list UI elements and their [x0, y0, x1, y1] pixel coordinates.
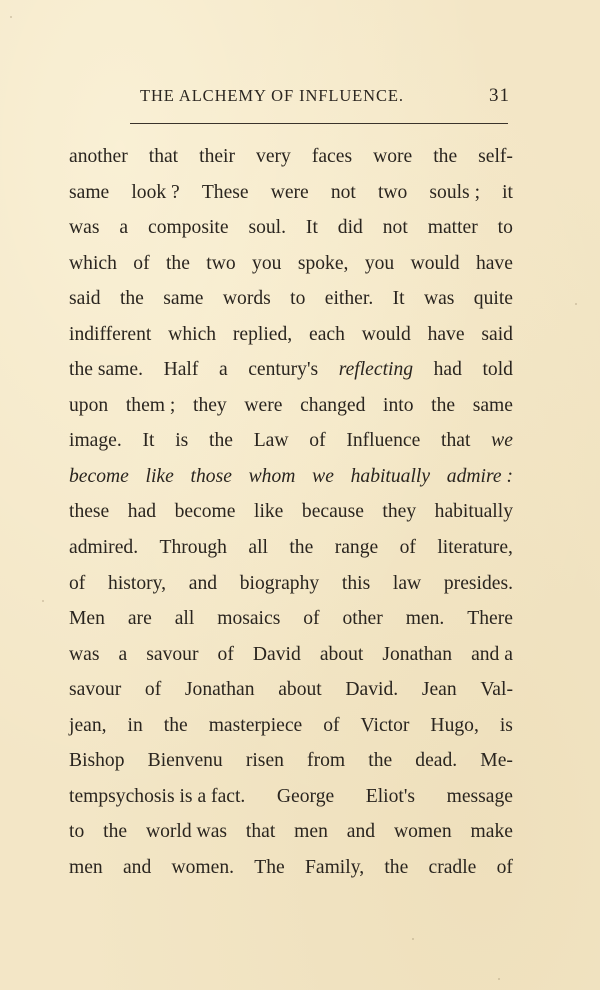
word: have	[428, 317, 465, 353]
word: this	[342, 566, 370, 602]
text-line: image.ItistheLawofInfluencethatwe	[69, 423, 513, 459]
text-line: jean,inthemasterpieceofVictorHugo,is	[69, 708, 513, 744]
word: Val-	[480, 672, 513, 708]
word: like	[254, 494, 283, 530]
word: are	[128, 601, 152, 637]
italic-word: like	[146, 459, 174, 495]
word: the same.	[69, 352, 143, 388]
word: the	[289, 530, 313, 566]
paper-speck	[575, 303, 577, 305]
book-page: THE ALCHEMY OF INFLUENCE. 31 anotherthat…	[0, 0, 600, 990]
word: become	[175, 494, 236, 530]
word: of	[145, 672, 161, 708]
word: Me-	[480, 743, 513, 779]
word: each	[309, 317, 345, 353]
word: biography	[240, 566, 319, 602]
word: that	[441, 423, 470, 459]
word: these	[69, 494, 109, 530]
word: same	[163, 281, 203, 317]
word: a	[119, 637, 128, 673]
word: soul.	[248, 210, 286, 246]
word: of	[69, 566, 85, 602]
word: savour	[146, 637, 198, 673]
word: Jean	[422, 672, 457, 708]
word: Through	[160, 530, 227, 566]
word: of	[303, 601, 319, 637]
word: were	[244, 388, 282, 424]
text-line: becomelikethosewhomwehabituallyadmire :	[69, 459, 513, 495]
word: It	[143, 423, 155, 459]
word: all	[175, 601, 195, 637]
paper-speck	[498, 978, 500, 980]
word: is	[500, 708, 513, 744]
word: self-	[478, 139, 513, 175]
italic-word: admire :	[447, 459, 513, 495]
word: in	[128, 708, 143, 744]
word: Hugo,	[430, 708, 478, 744]
word: had	[128, 494, 156, 530]
text-line: uponthem ;theywerechangedintothesame	[69, 388, 513, 424]
word: and	[123, 850, 151, 886]
word: It	[393, 281, 405, 317]
word: said	[69, 281, 101, 317]
paper-speck	[10, 16, 12, 18]
word: that	[149, 139, 178, 175]
word: Men	[69, 601, 105, 637]
italic-word: reflecting	[339, 352, 413, 388]
page-number: 31	[489, 85, 510, 107]
word: it	[502, 175, 513, 211]
word: women	[394, 814, 452, 850]
word: and a	[471, 637, 513, 673]
word: the	[103, 814, 127, 850]
word: world was	[146, 814, 227, 850]
text-line: anotherthattheirveryfacesworetheself-	[69, 139, 513, 175]
word: the	[120, 281, 144, 317]
italic-word: those	[191, 459, 232, 495]
word: message	[447, 779, 513, 815]
word: of	[400, 530, 416, 566]
running-head-title: THE ALCHEMY OF INFLUENCE.	[140, 86, 404, 106]
text-line: tempsychosis is a fact.GeorgeEliot'smess…	[69, 779, 513, 815]
body-text: anotherthattheirveryfacesworetheself-sam…	[69, 139, 513, 885]
word: of	[309, 423, 325, 459]
text-line: thesehadbecomelikebecausetheyhabitually	[69, 494, 513, 530]
word: have	[476, 246, 513, 282]
word: century's	[248, 352, 318, 388]
text-line: totheworld wasthatmenandwomenmake	[69, 814, 513, 850]
word: David.	[345, 672, 398, 708]
word: spoke,	[298, 246, 349, 282]
word: Victor	[361, 708, 410, 744]
text-line: savourofJonathanaboutDavid.JeanVal-	[69, 672, 513, 708]
word: which	[168, 317, 216, 353]
word: to	[498, 210, 513, 246]
text-line: saidthesamewordstoeither.Itwasquite	[69, 281, 513, 317]
word: habitually	[435, 494, 513, 530]
word: upon	[69, 388, 108, 424]
word: because	[302, 494, 364, 530]
text-line: indifferentwhichreplied,eachwouldhavesai…	[69, 317, 513, 353]
word: had	[434, 352, 462, 388]
word: presides.	[444, 566, 513, 602]
word: faces	[312, 139, 352, 175]
word: from	[307, 743, 345, 779]
word: indifferent	[69, 317, 151, 353]
word: was	[424, 281, 454, 317]
paper-speck	[412, 938, 414, 940]
text-line: samelook ?Thesewerenottwosouls ;it	[69, 175, 513, 211]
word: the	[164, 708, 188, 744]
word: look ?	[131, 175, 179, 211]
word: law	[393, 566, 421, 602]
word: These	[202, 175, 249, 211]
word: their	[199, 139, 235, 175]
word: two	[206, 246, 235, 282]
word: all	[248, 530, 268, 566]
word: them ;	[126, 388, 176, 424]
word: David	[253, 637, 301, 673]
word: the	[384, 850, 408, 886]
word: The	[254, 850, 284, 886]
word: would	[362, 317, 411, 353]
word: another	[69, 139, 128, 175]
word: dead.	[415, 743, 457, 779]
word: tempsychosis is a fact.	[69, 779, 245, 815]
word: Law	[254, 423, 289, 459]
text-line: BishopBienvenurisenfromthedead.Me-	[69, 743, 513, 779]
word: savour	[69, 672, 121, 708]
word: risen	[246, 743, 284, 779]
word: men	[69, 850, 103, 886]
word: men.	[406, 601, 445, 637]
word: admired.	[69, 530, 138, 566]
word: Half	[164, 352, 199, 388]
word: to	[290, 281, 305, 317]
italic-word: habitually	[351, 459, 430, 495]
word: Bishop	[69, 743, 125, 779]
word: mosaics	[217, 601, 280, 637]
word: wore	[373, 139, 412, 175]
word: men	[294, 814, 328, 850]
word: two	[378, 175, 407, 211]
word: was	[69, 210, 99, 246]
word: other	[343, 601, 383, 637]
running-head: THE ALCHEMY OF INFLUENCE. 31	[132, 86, 510, 112]
word: jean,	[69, 708, 107, 744]
word: into	[383, 388, 413, 424]
word: image.	[69, 423, 122, 459]
word: they	[382, 494, 416, 530]
word: is	[175, 423, 188, 459]
word: same	[473, 388, 513, 424]
word: and	[189, 566, 217, 602]
word: literature,	[437, 530, 513, 566]
word: to	[69, 814, 84, 850]
word: George	[277, 779, 334, 815]
header-rule-divider	[130, 123, 508, 124]
word: the	[166, 246, 190, 282]
word: the	[431, 388, 455, 424]
word: composite	[148, 210, 229, 246]
word: did	[338, 210, 363, 246]
word: Family,	[305, 850, 364, 886]
word: make	[471, 814, 513, 850]
word: of	[133, 246, 149, 282]
word: you	[252, 246, 281, 282]
italic-word: become	[69, 459, 129, 495]
text-line: ofhistory,andbiographythislawpresides.	[69, 566, 513, 602]
word: There	[467, 601, 513, 637]
word: of	[497, 850, 513, 886]
word: same	[69, 175, 109, 211]
word: not	[331, 175, 356, 211]
word: about	[320, 637, 364, 673]
word: Bienvenu	[148, 743, 223, 779]
text-line: wasacompositesoul.Itdidnotmatterto	[69, 210, 513, 246]
word: they	[193, 388, 227, 424]
word: Eliot's	[366, 779, 415, 815]
word: either.	[325, 281, 373, 317]
text-line: the same.Halfacentury'sreflectinghadtold	[69, 352, 513, 388]
word: would	[411, 246, 460, 282]
word: very	[256, 139, 291, 175]
italic-word: we	[312, 459, 334, 495]
text-line: Menareallmosaicsofothermen.There	[69, 601, 513, 637]
italic-word: we	[491, 423, 513, 459]
text-line: admired.Throughalltherangeofliterature,	[69, 530, 513, 566]
word: a	[219, 352, 228, 388]
word: that	[246, 814, 275, 850]
word: the	[209, 423, 233, 459]
text-line: whichofthetwoyouspoke,youwouldhave	[69, 246, 513, 282]
word: not	[383, 210, 408, 246]
word: the	[368, 743, 392, 779]
word: and	[347, 814, 375, 850]
word: women.	[171, 850, 234, 886]
word: matter	[428, 210, 478, 246]
text-line: wasasavourofDavidaboutJonathanand a	[69, 637, 513, 673]
word: was	[69, 637, 99, 673]
word: Jonathan	[185, 672, 255, 708]
word: told	[482, 352, 512, 388]
word: range	[335, 530, 379, 566]
word: souls ;	[429, 175, 480, 211]
word: of	[323, 708, 339, 744]
word: history,	[108, 566, 166, 602]
word: replied,	[233, 317, 292, 353]
word: Influence	[346, 423, 420, 459]
word: Jonathan	[382, 637, 452, 673]
word: masterpiece	[209, 708, 303, 744]
word: words	[223, 281, 271, 317]
word: cradle	[429, 850, 477, 886]
text-line: menandwomen.TheFamily,thecradleof	[69, 850, 513, 886]
word: It	[306, 210, 318, 246]
italic-word: whom	[249, 459, 296, 495]
word: a	[119, 210, 128, 246]
word: of	[218, 637, 234, 673]
word: the	[433, 139, 457, 175]
word: about	[278, 672, 322, 708]
word: were	[271, 175, 309, 211]
word: you	[365, 246, 394, 282]
word: which	[69, 246, 117, 282]
paper-speck	[42, 600, 44, 602]
word: changed	[300, 388, 365, 424]
word: said	[481, 317, 513, 353]
word: quite	[474, 281, 513, 317]
